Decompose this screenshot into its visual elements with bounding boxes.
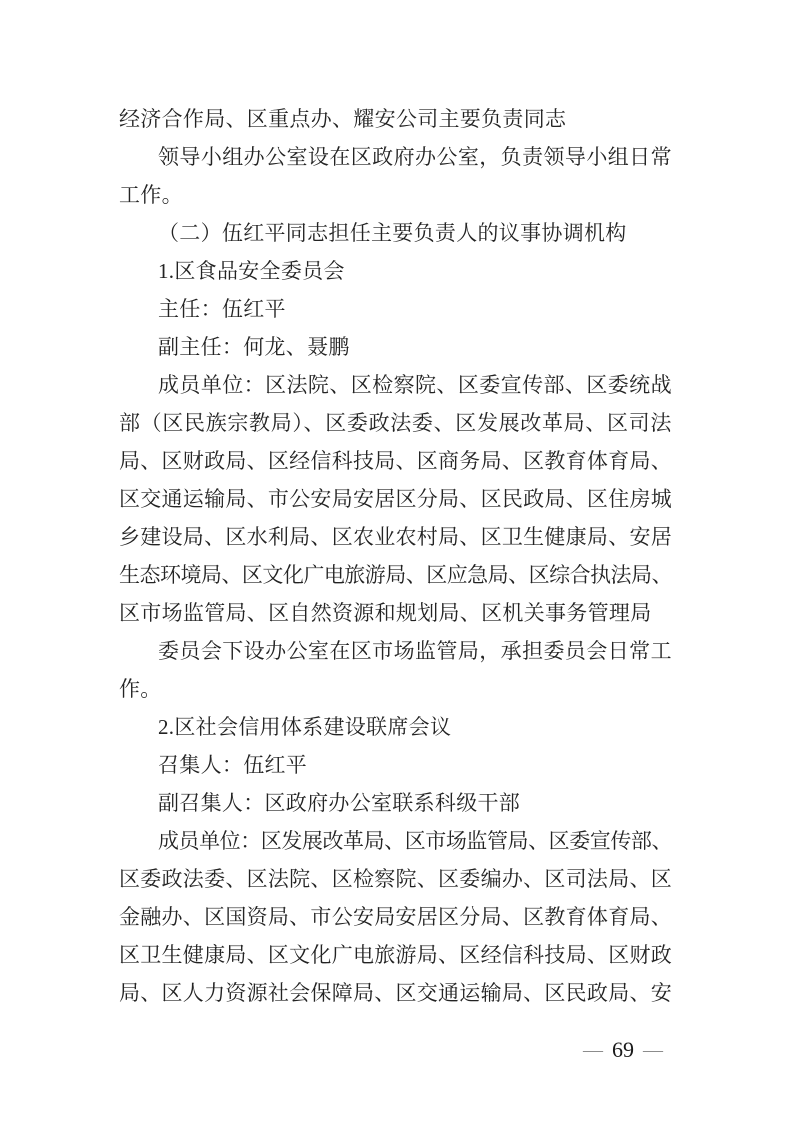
text-line-content: 局、区人力资源社会保障局、区交通运输局、区民政局、安 <box>119 981 672 1005</box>
text-line-content: 区市场监管局、区自然资源和规划局、区机关事务管理局 <box>119 601 652 625</box>
text-line-content: （二）伍红平同志担任主要负责人的议事协调机构 <box>158 221 627 245</box>
footer-dash-right: — <box>643 1036 663 1064</box>
text-line-content: 召集人：伍红平 <box>158 753 307 777</box>
text-line-content: 1.区食品安全委员会 <box>158 259 345 283</box>
document-body: 经济合作局、区重点办、耀安公司主要负责同志领导小组办公室设在区政府办公室，负责领… <box>119 100 672 1012</box>
text-line-content: 副主任：何龙、聂鹏 <box>158 335 350 359</box>
text-line: （二）伍红平同志担任主要负责人的议事协调机构 <box>119 214 672 252</box>
text-line: 生态环境局、区文化广电旅游局、区应急局、区综合执法局、 <box>119 556 672 594</box>
text-line: 区市场监管局、区自然资源和规划局、区机关事务管理局 <box>119 594 672 632</box>
text-line-content: 领导小组办公室设在区政府办公室，负责领导小组日常 <box>158 145 672 169</box>
text-line: 区委政法委、区法院、区检察院、区委编办、区司法局、区 <box>119 860 672 898</box>
text-line: 经济合作局、区重点办、耀安公司主要负责同志 <box>119 100 672 138</box>
text-line: 成员单位：区发展改革局、区市场监管局、区委宣传部、 <box>119 822 672 860</box>
text-line: 工作。 <box>119 176 672 214</box>
text-line: 局、区财政局、区经信科技局、区商务局、区教育体育局、 <box>119 442 672 480</box>
text-line: 部（区民族宗教局）、区委政法委、区发展改革局、区司法 <box>119 404 672 442</box>
text-line-content: 2.区社会信用体系建设联席会议 <box>158 715 451 739</box>
text-line: 主任：伍红平 <box>119 290 672 328</box>
footer-dash-left: — <box>583 1036 603 1064</box>
text-line-content: 生态环境局、区文化广电旅游局、区应急局、区综合执法局、 <box>119 563 672 587</box>
text-line: 副召集人：区政府办公室联系科级干部 <box>119 784 672 822</box>
text-line-content: 主任：伍红平 <box>158 297 286 321</box>
text-line-content: 成员单位：区法院、区检察院、区委宣传部、区委统战 <box>158 373 672 397</box>
document-page: 经济合作局、区重点办、耀安公司主要负责同志领导小组办公室设在区政府办公室，负责领… <box>0 0 793 1122</box>
text-line-content: 区交通运输局、市公安局安居区分局、区民政局、区住房城 <box>119 487 672 511</box>
text-line-content: 经济合作局、区重点办、耀安公司主要负责同志 <box>119 107 566 131</box>
text-line: 作。 <box>119 670 672 708</box>
text-line-content: 作。 <box>119 677 162 701</box>
text-line-content: 委员会下设办公室在区市场监管局，承担委员会日常工 <box>158 639 672 663</box>
page-footer: — 69 — <box>583 1036 663 1064</box>
text-line: 领导小组办公室设在区政府办公室，负责领导小组日常 <box>119 138 672 176</box>
text-line-content: 乡建设局、区水利局、区农业农村局、区卫生健康局、安居 <box>119 525 672 549</box>
text-line: 2.区社会信用体系建设联席会议 <box>119 708 672 746</box>
text-line-content: 副召集人：区政府办公室联系科级干部 <box>158 791 520 815</box>
text-line: 局、区人力资源社会保障局、区交通运输局、区民政局、安 <box>119 974 672 1012</box>
text-line-content: 金融办、区国资局、市公安局安居区分局、区教育体育局、 <box>119 905 672 929</box>
text-line: 副主任：何龙、聂鹏 <box>119 328 672 366</box>
text-line: 1.区食品安全委员会 <box>119 252 672 290</box>
text-line: 成员单位：区法院、区检察院、区委宣传部、区委统战 <box>119 366 672 404</box>
text-line: 乡建设局、区水利局、区农业农村局、区卫生健康局、安居 <box>119 518 672 556</box>
text-line: 委员会下设办公室在区市场监管局，承担委员会日常工 <box>119 632 672 670</box>
text-line: 召集人：伍红平 <box>119 746 672 784</box>
text-line-content: 区卫生健康局、区文化广电旅游局、区经信科技局、区财政 <box>119 943 672 967</box>
text-line: 金融办、区国资局、市公安局安居区分局、区教育体育局、 <box>119 898 672 936</box>
text-line-content: 工作。 <box>119 183 183 207</box>
text-line-content: 局、区财政局、区经信科技局、区商务局、区教育体育局、 <box>119 449 672 473</box>
text-line-content: 成员单位：区发展改革局、区市场监管局、区委宣传部、 <box>158 829 672 853</box>
text-line-content: 区委政法委、区法院、区检察院、区委编办、区司法局、区 <box>119 867 672 891</box>
text-line-content: 部（区民族宗教局）、区委政法委、区发展改革局、区司法 <box>119 411 672 435</box>
text-line: 区交通运输局、市公安局安居区分局、区民政局、区住房城 <box>119 480 672 518</box>
page-number: 69 <box>612 1036 634 1064</box>
text-line: 区卫生健康局、区文化广电旅游局、区经信科技局、区财政 <box>119 936 672 974</box>
